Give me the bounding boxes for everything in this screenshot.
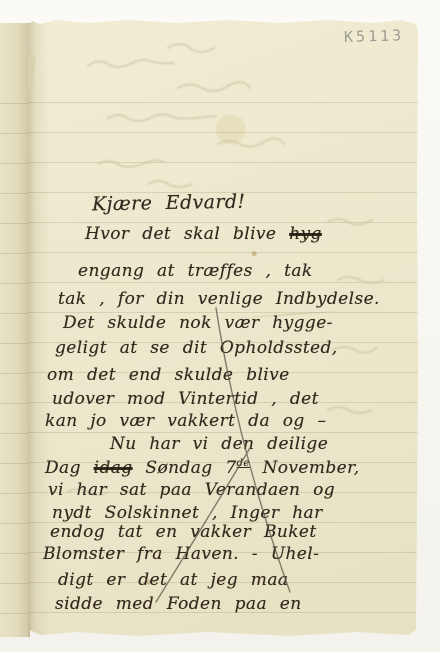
letter-line: nydt Solskinnet , Inger har (52, 505, 323, 522)
struck-word: hyg (289, 224, 322, 244)
letter-line: digt er det at jeg maa (58, 572, 288, 589)
ruled-lines-underpage (0, 103, 30, 627)
letter-line: vi har sat paa Verandaen og (48, 482, 335, 499)
letter-line: tak , for din venlige Indbydelse. (58, 291, 380, 308)
letter-line: geligt at se dit Opholdssted, (55, 340, 338, 357)
letter-line: Det skulde nok vær hygge- (63, 315, 333, 332)
letter-line: Dag idag Søndag 7de November, (45, 459, 360, 477)
letter-line: Kjære Edvard! (92, 193, 246, 215)
scanned-letter: K5113 Kjære Edvard!Hvor det skal blive h… (0, 0, 440, 652)
letter-line: Hvor det skal blive hyg (85, 226, 322, 243)
letter-line: engang at træffes , tak (78, 263, 313, 280)
folded-underpage-edge (0, 23, 30, 637)
letter-line: endog tat en vakker Buket (50, 524, 317, 541)
letter-line: udover mod Vintertid , det (52, 391, 319, 408)
letter-line: Nu har vi den deilige (110, 436, 328, 453)
letter-line: om det end skulde blive (47, 367, 290, 384)
letter-line: kan jo vær vakkert da og – (45, 413, 326, 430)
letter-line: Blomster fra Haven. - Uhel- (43, 546, 319, 563)
letter-body: Kjære Edvard!Hvor det skal blive hygenga… (28, 18, 418, 638)
letter-line: sidde med Foden paa en (55, 596, 302, 613)
letter-page: K5113 Kjære Edvard!Hvor det skal blive h… (28, 18, 418, 638)
struck-word: idag (94, 458, 133, 478)
